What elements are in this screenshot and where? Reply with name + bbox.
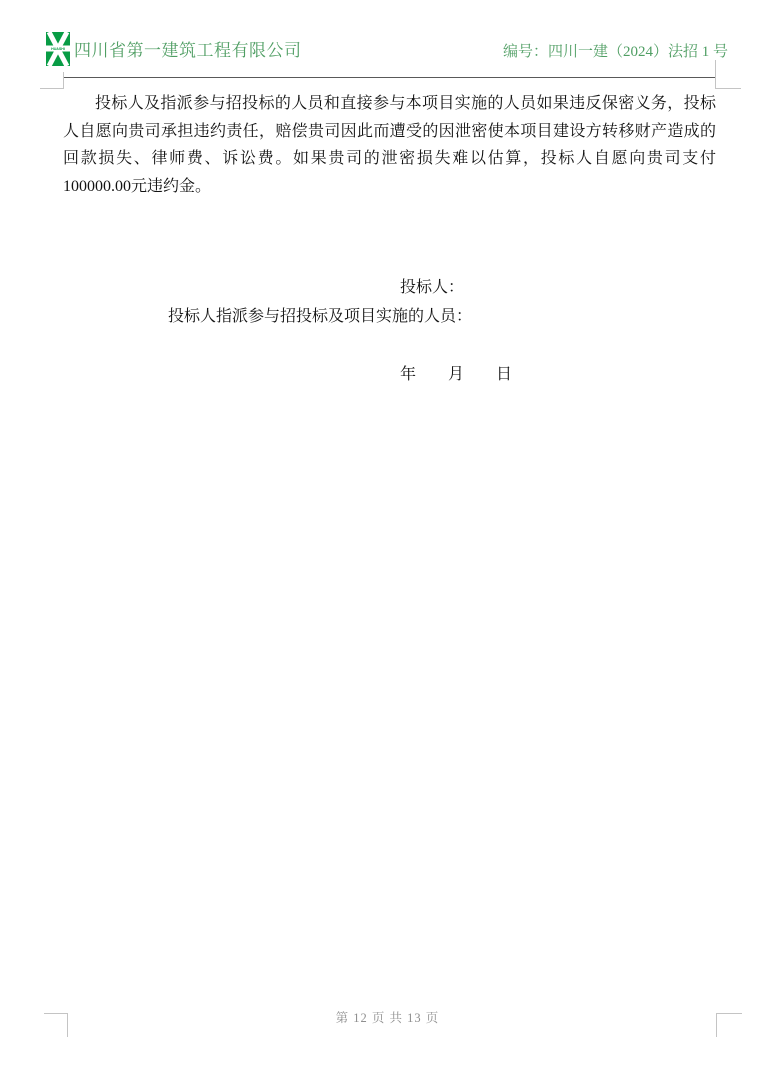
crop-mark-top-left-horizontal	[40, 88, 63, 89]
confidentiality-clause-paragraph: 投标人及指派参与招投标的人员和直接参与本项目实施的人员如果违反保密义务，投标人自…	[63, 90, 716, 200]
date-line: 年 月 日	[400, 364, 512, 386]
bidder-signature-label: 投标人：	[400, 277, 464, 299]
crop-mark-top-right-vertical	[715, 60, 716, 89]
company-logo-icon: HUASHI	[46, 32, 70, 66]
doc-number: 编号：四川一建（2024）法招 1 号	[503, 43, 728, 61]
page-number-footer: 第 12 页 共 13 页	[0, 1008, 775, 1026]
crop-mark-top-left-vertical	[63, 72, 64, 89]
crop-mark-top-right-horizontal	[715, 88, 741, 89]
document-page: HUASHI 四川省第一建筑工程有限公司 编号：四川一建（2024）法招 1 号…	[0, 0, 775, 1072]
logo-text: HUASHI	[51, 47, 65, 51]
company-name: 四川省第一建筑工程有限公司	[74, 41, 302, 61]
personnel-signature-label: 投标人指派参与招投标及项目实施的人员：	[168, 306, 472, 328]
header-rule	[63, 77, 715, 78]
